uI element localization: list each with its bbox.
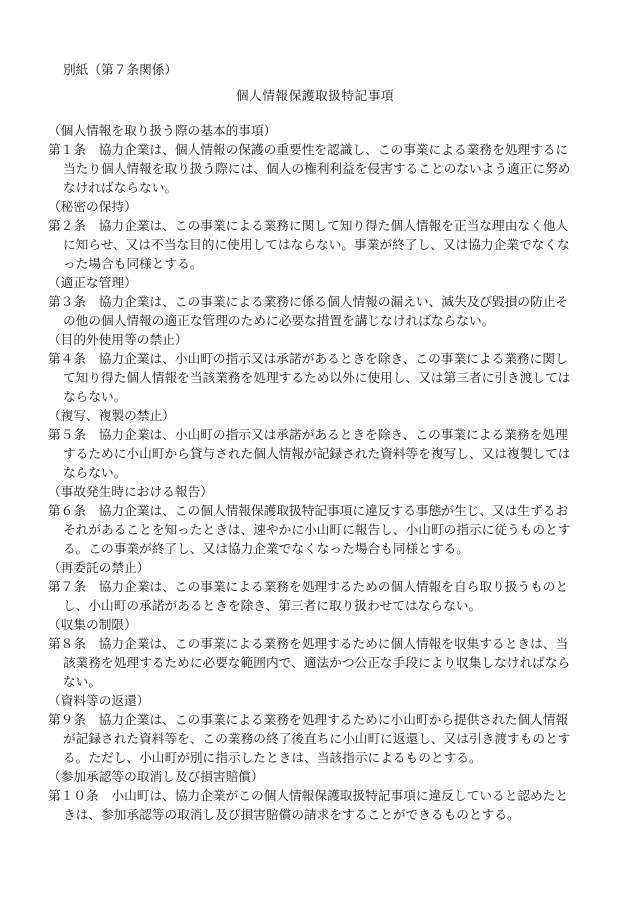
article-line: なければならない。 (63, 178, 590, 197)
document-body: （個人情報を取り扱う際の基本的事項）第１条 協力企業は、個人情報の保護の重要性を… (48, 121, 590, 824)
article-line: するために小山町から貸与された個人情報が記録された資料等を複写し、又は複製しては (63, 444, 590, 463)
article-line: 第１０条 小山町は、協力企業がこの個人情報保護取扱特記事項に違反していると認めた… (48, 786, 590, 805)
document-page: 別紙（第７条関係） 個人情報保護取扱特記事項 （個人情報を取り扱う際の基本的事項… (0, 0, 630, 903)
article-line: の他の個人情報の適正な管理のために必要な措置を講じなければならない。 (63, 311, 590, 330)
article-line: る。この事業が終了し、又は協力企業でなくなった場合も同様とする。 (63, 539, 590, 558)
article-line: 第２条 協力企業は、この事業による業務に関して知り得た個人情報を正当な理由なく他… (48, 216, 590, 235)
section-heading: （事故発生時における報告） (48, 482, 590, 501)
article-line: ない。 (63, 672, 590, 691)
section: （再委託の禁止）第７条 協力企業は、この事業による業務を処理するための個人情報を… (48, 558, 590, 615)
section: （秘密の保持）第２条 協力企業は、この事業による業務に関して知り得た個人情報を正… (48, 197, 590, 273)
article-line: て知り得た個人情報を当該業務を処理するため以外に使用し、又は第三者に引き渡しては (63, 368, 590, 387)
section-heading: （目的外使用等の禁止） (48, 330, 590, 349)
section: （収集の制限）第８条 協力企業は、この事業による業務を処理するために個人情報を収… (48, 615, 590, 691)
article-line: った場合も同様とする。 (63, 254, 590, 273)
article-line: ならない。 (63, 387, 590, 406)
section: （資料等の返還）第９条 協力企業は、この事業による業務を処理するために小山町から… (48, 691, 590, 767)
section: （事故発生時における報告）第６条 協力企業は、この個人情報保護取扱特記事項に違反… (48, 482, 590, 558)
article-line: が記録された資料等を、この業務の終了後直ちに小山町に返還し、又は引き渡すものとす (63, 729, 590, 748)
article-line: 当たり個人情報を取り扱う際には、個人の権利利益を侵害することのないよう適正に努め (63, 159, 590, 178)
document-title: 個人情報保護取扱特記事項 (0, 86, 630, 105)
article-line: 第３条 協力企業は、この事業による業務に係る個人情報の漏えい、滅失及び毀損の防止… (48, 292, 590, 311)
article-line: に知らせ、又は不当な目的に使用してはならない。事業が終了し、又は協力企業でなくな (63, 235, 590, 254)
section: （適正な管理）第３条 協力企業は、この事業による業務に係る個人情報の漏えい、滅失… (48, 273, 590, 330)
article-line: る。ただし、小山町が別に指示したときは、当該指示によるものとする。 (63, 748, 590, 767)
section-heading: （収集の制限） (48, 615, 590, 634)
section-heading: （資料等の返還） (48, 691, 590, 710)
section: （個人情報を取り扱う際の基本的事項）第１条 協力企業は、個人情報の保護の重要性を… (48, 121, 590, 197)
section-heading: （秘密の保持） (48, 197, 590, 216)
article-line: し、小山町の承諾があるときを除き、第三者に取り扱わせてはならない。 (63, 596, 590, 615)
section: （目的外使用等の禁止）第４条 協力企業は、小山町の指示又は承諾があるときを除き、… (48, 330, 590, 406)
attachment-note: 別紙（第７条関係） (63, 0, 630, 79)
section: （複写、複製の禁止）第５条 協力企業は、小山町の指示又は承諾があるときを除き、こ… (48, 406, 590, 482)
article-line: 第１条 協力企業は、個人情報の保護の重要性を認識し、この事業による業務を処理する… (48, 140, 590, 159)
article-line: 第８条 協力企業は、この事業による業務を処理するために個人情報を収集するときは、… (48, 634, 590, 653)
article-line: 該業務を処理するために必要な範囲内で、適法かつ公正な手段により収集しなければなら (63, 653, 590, 672)
article-line: それがあることを知ったときは、速やかに小山町に報告し、小山町の指示に従うものとす (63, 520, 590, 539)
section-heading: （適正な管理） (48, 273, 590, 292)
section-heading: （参加承認等の取消し及び損害賠償） (48, 767, 590, 786)
section-heading: （再委託の禁止） (48, 558, 590, 577)
article-line: ならない。 (63, 463, 590, 482)
article-line: 第９条 協力企業は、この事業による業務を処理するために小山町から提供された個人情… (48, 710, 590, 729)
article-line: 第４条 協力企業は、小山町の指示又は承諾があるときを除き、この事業による業務に関… (48, 349, 590, 368)
article-line: 第６条 協力企業は、この個人情報保護取扱特記事項に違反する事態が生じ、又は生ずる… (48, 501, 590, 520)
article-line: きは、参加承認等の取消し及び損害賠償の請求をすることができるものとする。 (63, 805, 590, 824)
article-line: 第７条 協力企業は、この事業による業務を処理するための個人情報を自ら取り扱うもの… (48, 577, 590, 596)
section-heading: （個人情報を取り扱う際の基本的事項） (48, 121, 590, 140)
section-heading: （複写、複製の禁止） (48, 406, 590, 425)
section: （参加承認等の取消し及び損害賠償）第１０条 小山町は、協力企業がこの個人情報保護… (48, 767, 590, 824)
article-line: 第５条 協力企業は、小山町の指示又は承諾があるときを除き、この事業による業務を処… (48, 425, 590, 444)
